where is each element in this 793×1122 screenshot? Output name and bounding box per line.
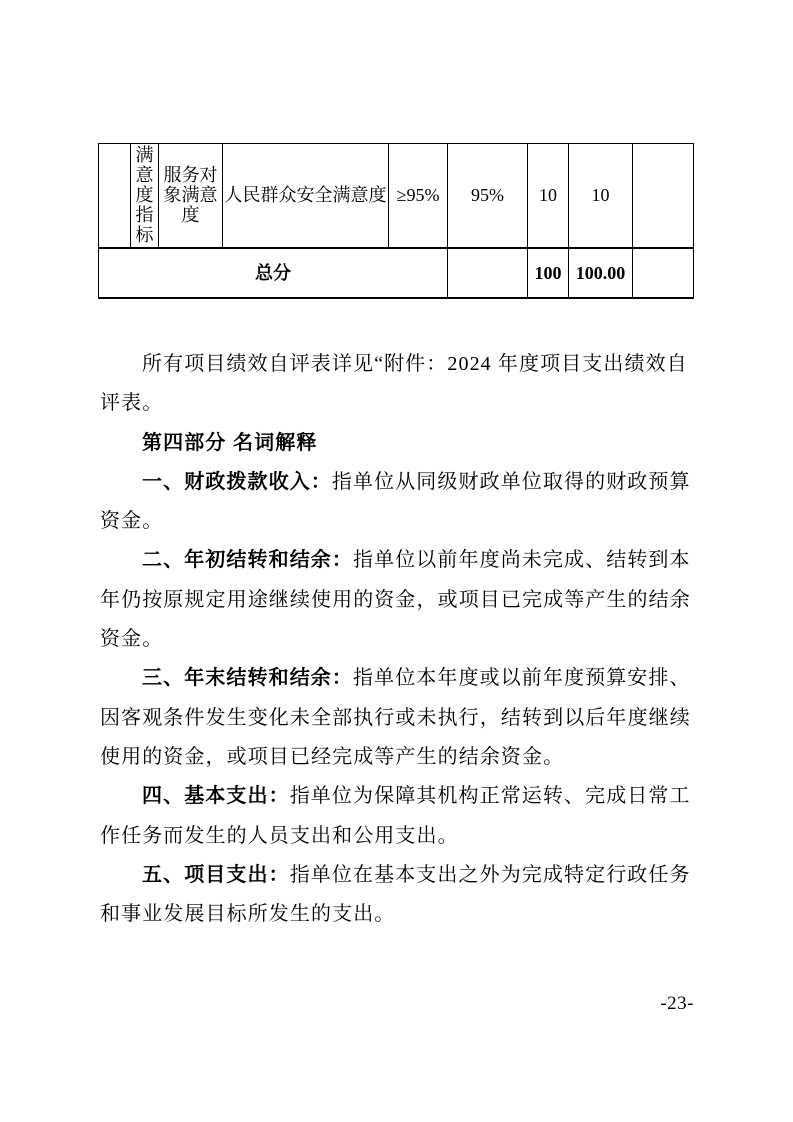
cell-note <box>633 144 694 248</box>
cell-left-spacer <box>99 144 131 248</box>
cell-total-label: 总分 <box>99 248 448 298</box>
cell-total-note <box>633 248 694 298</box>
term-1-text: 指单位从同级财政单位取得的财政预算 <box>332 471 691 493</box>
cell-weight: 10 <box>528 144 569 248</box>
term-5-text: 指单位在基本支出之外为完成特定行政任务 <box>290 864 691 886</box>
section-heading: 第四部分 名词解释 <box>100 424 694 463</box>
cell-total-score: 100.00 <box>569 248 633 298</box>
term-5-title: 五、项目支出： <box>142 864 290 886</box>
intro-line-2: 评表。 <box>100 384 694 423</box>
cell-satisfaction-category: 满 意 度 指 标 <box>131 144 159 248</box>
term-1-title: 一、财政拨款收入： <box>142 471 332 493</box>
table-row-total: 总分 100 100.00 <box>99 248 694 298</box>
term-3-line-1: 三、年末结转和结余：指单位本年度或以前年度预算安排、 <box>100 659 694 698</box>
term-3-line-3: 使用的资金，或项目已经完成等产生的结余资金。 <box>100 738 694 777</box>
term-5-line-1: 五、项目支出：指单位在基本支出之外为完成特定行政任务 <box>100 856 694 895</box>
cell-actual-value: 95% <box>448 144 528 248</box>
term-3-title: 三、年末结转和结余： <box>142 667 353 689</box>
term-1-line-1: 一、财政拨款收入：指单位从同级财政单位取得的财政预算 <box>100 463 694 502</box>
term-2-line-1: 二、年初结转和结余：指单位以前年度尚未完成、结转到本 <box>100 541 694 580</box>
page-number: -23- <box>660 993 694 1015</box>
term-3-line-2: 因客观条件发生变化未全部执行或未执行，结转到以后年度继续 <box>100 699 694 738</box>
term-2-text: 指单位以前年度尚未完成、结转到本 <box>353 549 691 571</box>
cell-total-weight: 100 <box>528 248 569 298</box>
term-2-line-2: 年仍按原规定用途继续使用的资金，或项目已完成等产生的结余 <box>100 581 694 620</box>
body-text: 所有项目绩效自评表详见“附件：2024 年度项目支出绩效自 评表。 第四部分 名… <box>100 345 694 934</box>
cell-indicator-name: 人民群众安全满意度 <box>223 144 389 248</box>
cell-target-value: ≥95% <box>389 144 448 248</box>
term-2-title: 二、年初结转和结余： <box>142 549 353 571</box>
term-3-text: 指单位本年度或以前年度预算安排、 <box>353 667 691 689</box>
cell-total-spacer <box>448 248 528 298</box>
term-4-line-2: 作任务而发生的人员支出和公用支出。 <box>100 817 694 856</box>
term-4-line-1: 四、基本支出：指单位为保障其机构正常运转、完成日常工 <box>100 777 694 816</box>
cell-score: 10 <box>569 144 633 248</box>
intro-line-1: 所有项目绩效自评表详见“附件：2024 年度项目支出绩效自 <box>100 345 694 384</box>
term-2-line-3: 资金。 <box>100 620 694 659</box>
performance-score-table: 满 意 度 指 标 服务对 象满意 度 人民群众安全满意度 ≥95% 95% 1… <box>98 143 694 299</box>
term-1-line-2: 资金。 <box>100 502 694 541</box>
term-5-line-2: 和事业发展目标所发生的支出。 <box>100 895 694 934</box>
cell-service-target-satisfaction: 服务对 象满意 度 <box>159 144 223 248</box>
term-4-text: 指单位为保障其机构正常运转、完成日常工 <box>290 785 691 807</box>
table-row-satisfaction-indicator: 满 意 度 指 标 服务对 象满意 度 人民群众安全满意度 ≥95% 95% 1… <box>99 144 694 248</box>
document-page: 满 意 度 指 标 服务对 象满意 度 人民群众安全满意度 ≥95% 95% 1… <box>0 0 793 1122</box>
term-4-title: 四、基本支出： <box>142 785 290 807</box>
